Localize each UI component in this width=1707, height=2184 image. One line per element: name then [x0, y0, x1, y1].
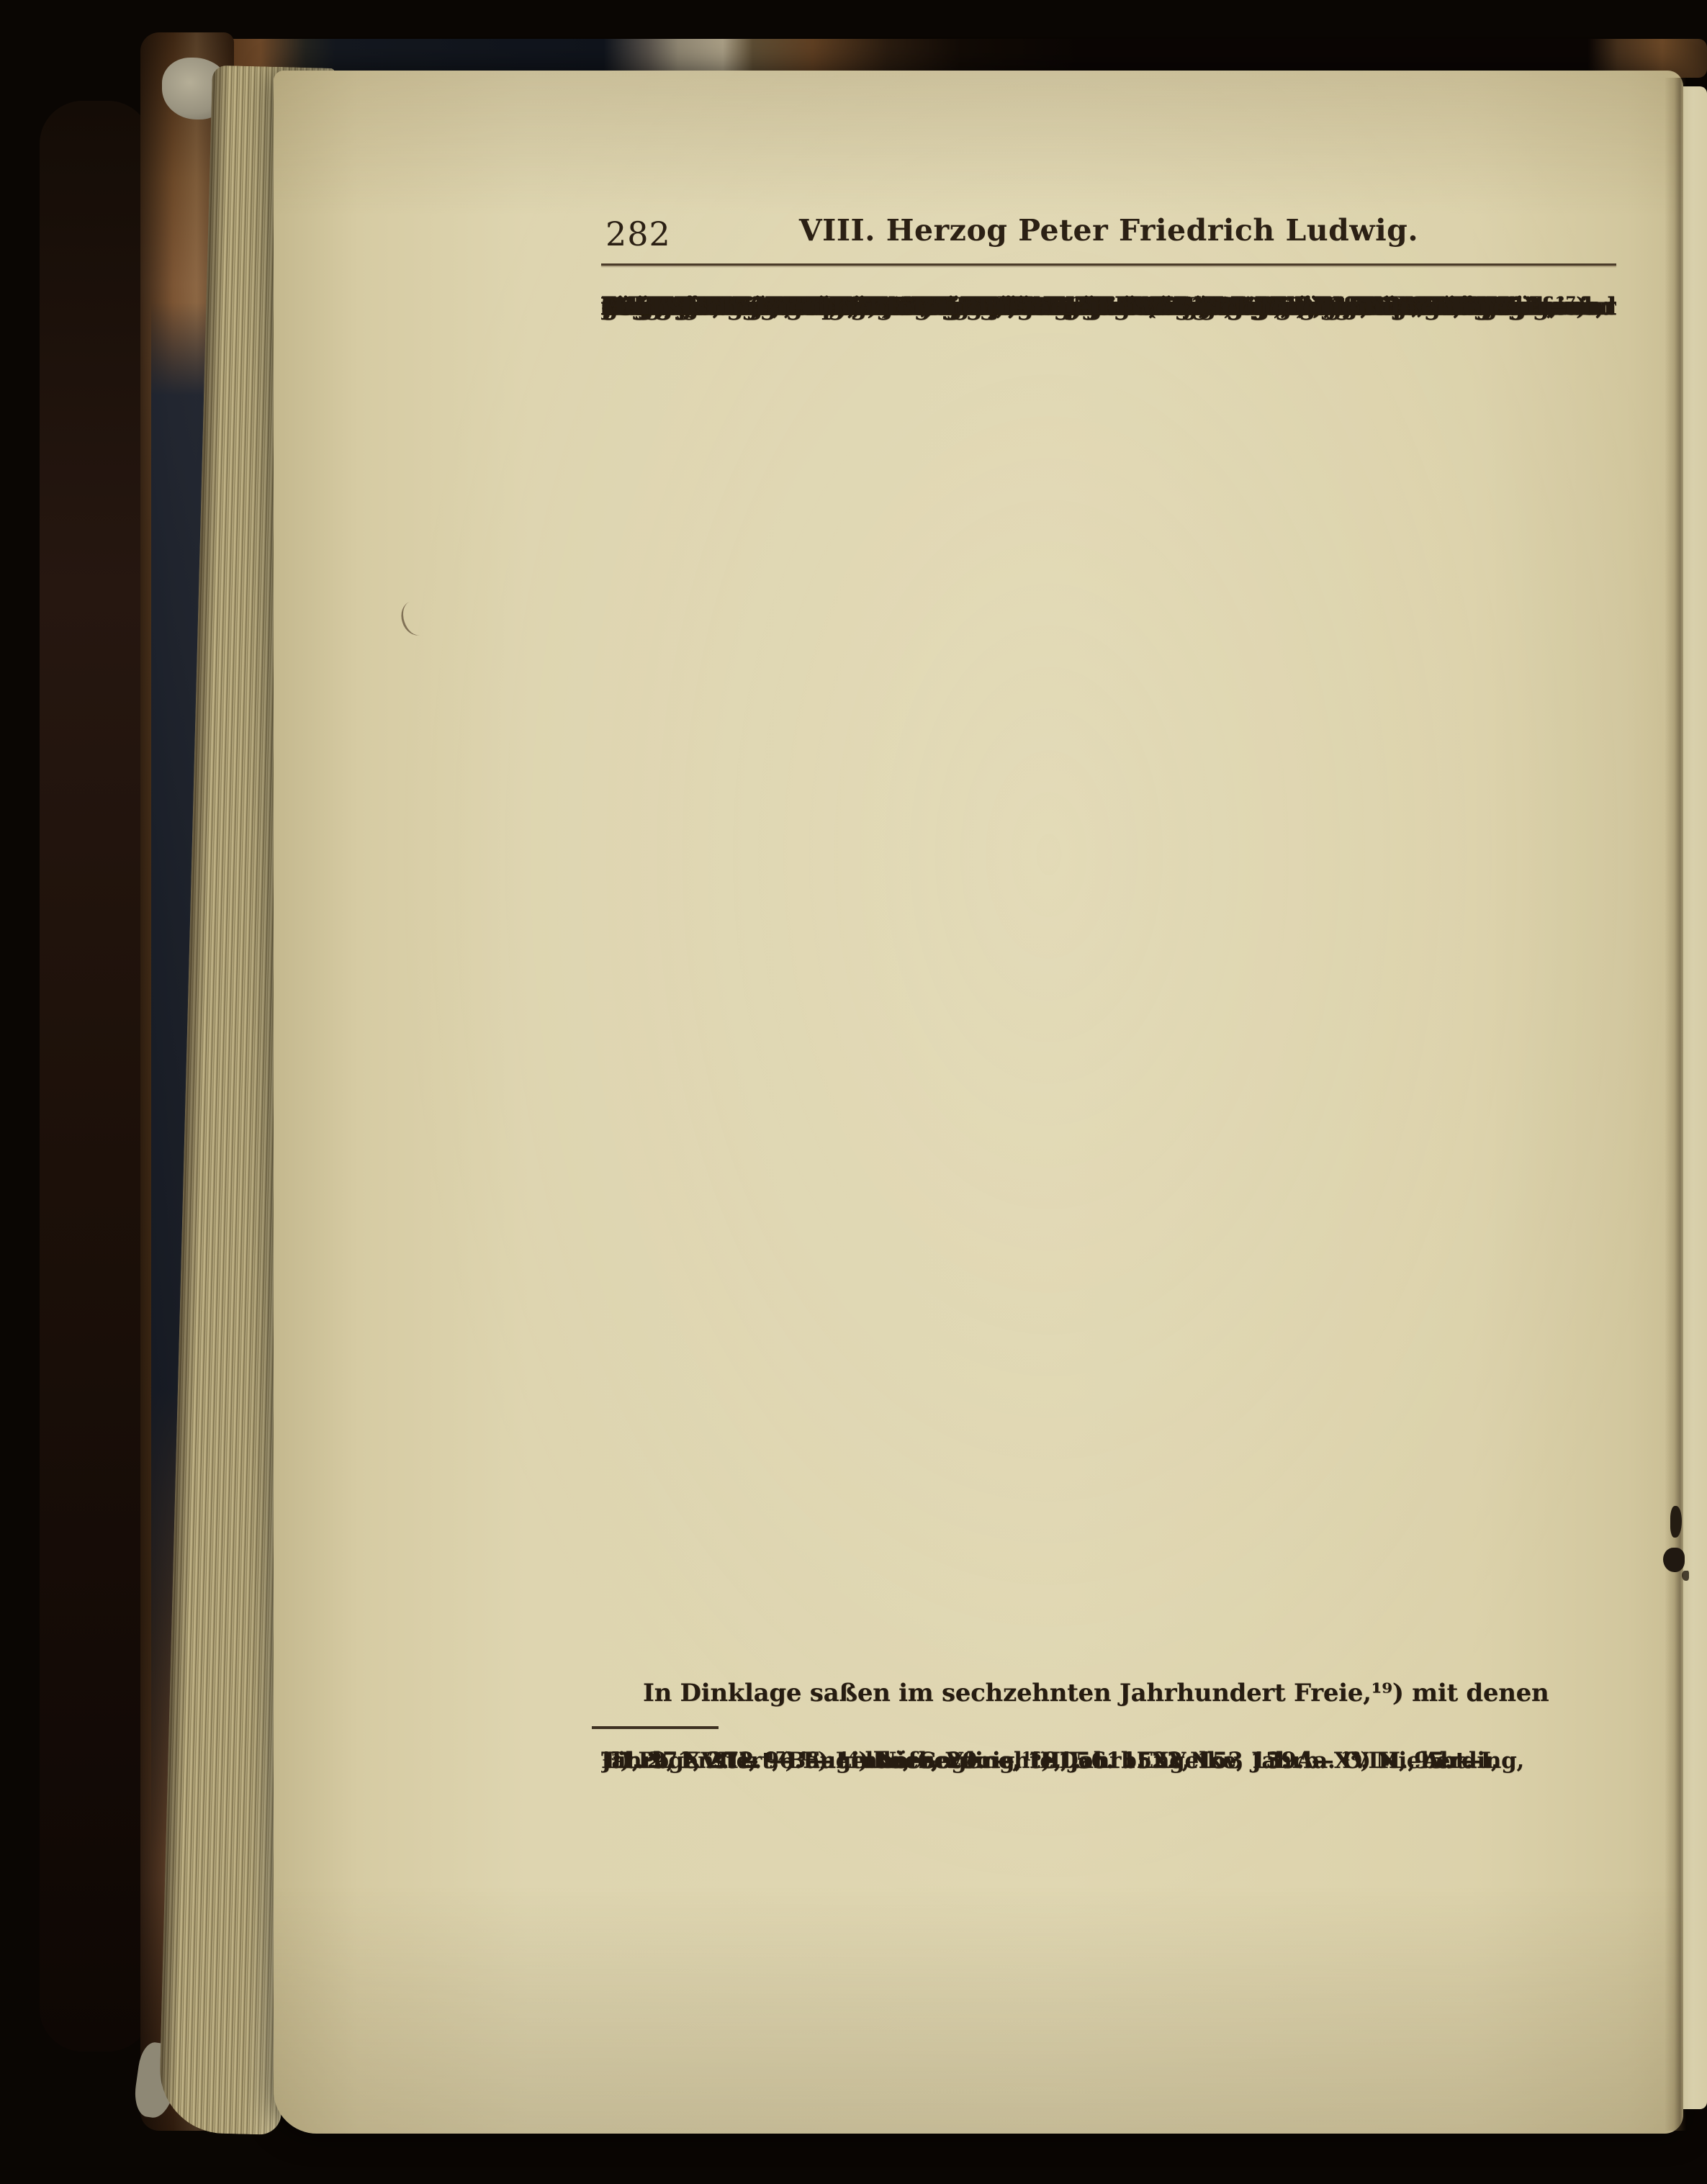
footnote-separator	[592, 1726, 719, 1729]
header-rule	[601, 263, 1616, 266]
page-header: 282 VIII. Herzog Peter Friedrich Ludwig.	[601, 213, 1616, 258]
book-page: 282 VIII. Herzog Peter Friedrich Ludwig.…	[274, 71, 1683, 2134]
text-line: In Dinklage saßen im sechzehnten Jahrhun…	[601, 1674, 1549, 1713]
text-line: Herbstschatz entrichteten.	[601, 288, 965, 327]
next-page-edge	[1683, 86, 1707, 2109]
ink-stain	[1663, 1548, 1685, 1572]
page-content: 282 VIII. Herzog Peter Friedrich Ludwig.…	[601, 71, 1616, 2134]
running-title: VIII. Herzog Peter Friedrich Ludwig.	[601, 213, 1616, 248]
book-photo-scene: 282 VIII. Herzog Peter Friedrich Ludwig.…	[0, 0, 1707, 2184]
book-back-cover-shadow	[40, 101, 151, 2052]
footnote-line: III, 271, 272. — ¹⁹) Lindner, Veme, 181.	[601, 1743, 1081, 1778]
